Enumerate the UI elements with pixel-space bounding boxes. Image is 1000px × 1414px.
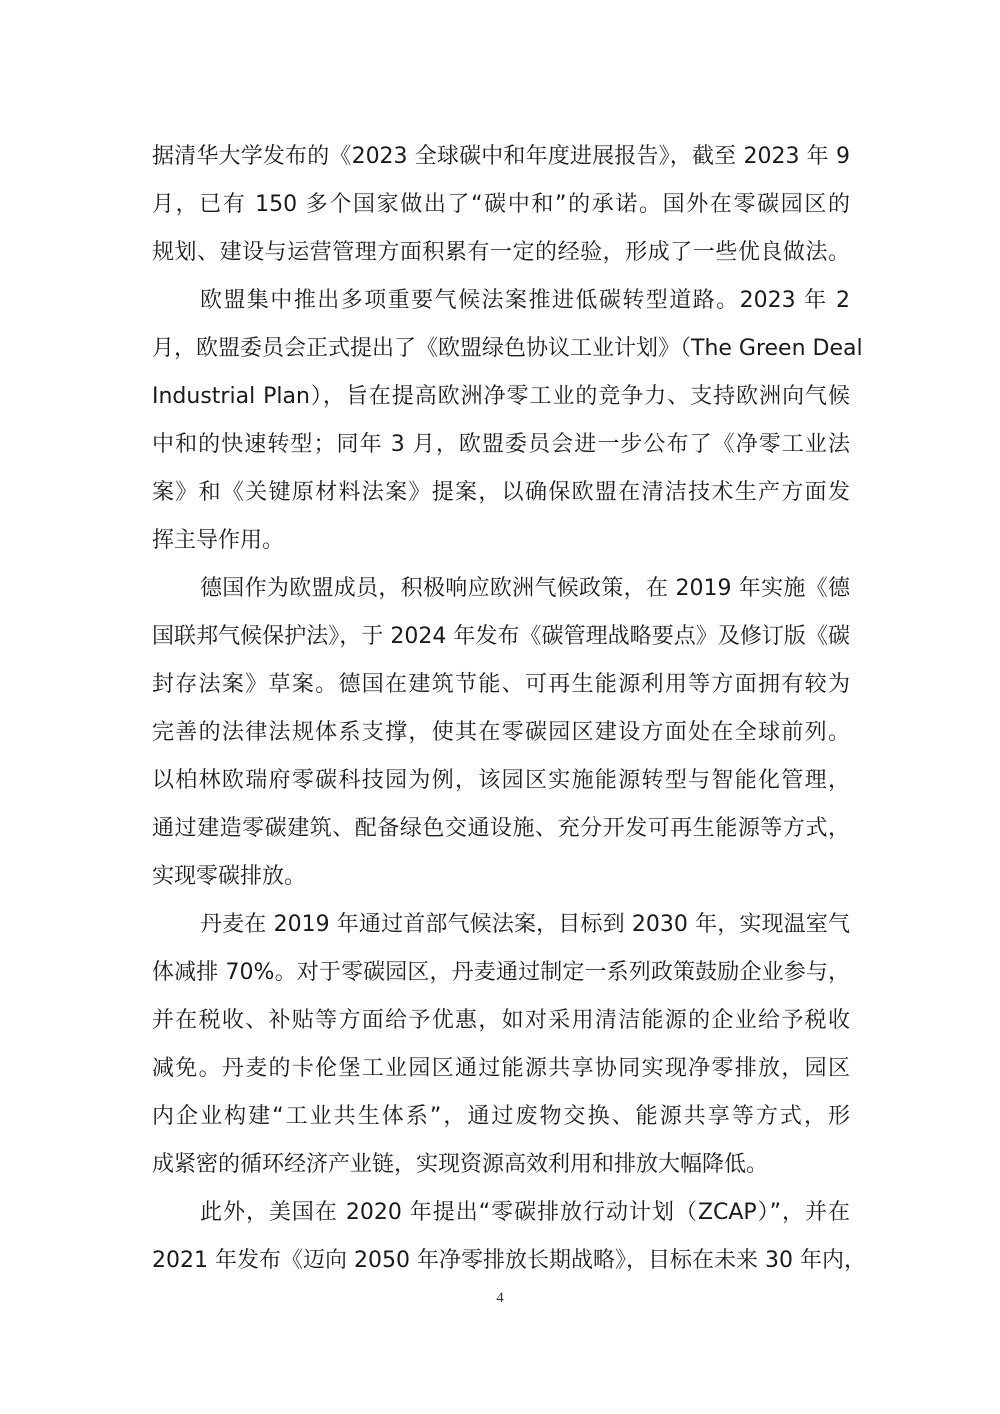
text-line: 据清华大学发布的《2023 全球碳中和年度进展报告》，截至 2023 年 9 (152, 133, 850, 181)
paragraph-eu: 欧盟集中推出多项重要气候法案推进低碳转型道路。2023 年 2 月，欧盟委员会正… (152, 277, 850, 565)
text-line: 内企业构建“工业共生体系”，通过废物交换、能源共享等方式，形 (152, 1093, 850, 1141)
page-number: 4 (0, 1290, 1000, 1307)
text-line: 成紧密的循环经济产业链，实现资源高效利用和排放大幅降低。 (152, 1141, 850, 1189)
text-line: 案》和《关键原材料法案》提案，以确保欧盟在清洁技术生产方面发 (152, 469, 850, 517)
text-line: 完善的法律法规体系支撑，使其在零碳园区建设方面处在全球前列。 (152, 709, 850, 757)
text-line: 体减排 70%。对于零碳园区，丹麦通过制定一系列政策鼓励企业参与， (152, 949, 850, 997)
text-line: 实现零碳排放。 (152, 853, 850, 901)
text-line: 封存法案》草案。德国在建筑节能、可再生能源利用等方面拥有较为 (152, 661, 850, 709)
paragraph-intro: 据清华大学发布的《2023 全球碳中和年度进展报告》，截至 2023 年 9 月… (152, 133, 850, 277)
text-line: 月，欧盟委员会正式提出了《欧盟绿色协议工业计划》（The Green Deal (152, 325, 850, 373)
text-line: 通过建造零碳建筑、配备绿色交通设施、充分开发可再生能源等方式， (152, 805, 850, 853)
text-line: 德国作为欧盟成员，积极响应欧洲气候政策，在 2019 年实施《德 (152, 565, 850, 613)
text-line: 挥主导作用。 (152, 517, 850, 565)
text-line: 此外，美国在 2020 年提出“零碳排放行动计划（ZCAP）”，并在 (152, 1189, 850, 1237)
text-line: 国联邦气候保护法》，于 2024 年发布《碳管理战略要点》及修订版《碳 (152, 613, 850, 661)
paragraph-usa: 此外，美国在 2020 年提出“零碳排放行动计划（ZCAP）”，并在 2021 … (152, 1189, 850, 1285)
text-line: 欧盟集中推出多项重要气候法案推进低碳转型道路。2023 年 2 (152, 277, 850, 325)
text-line: 丹麦在 2019 年通过首部气候法案，目标到 2030 年，实现温室气 (152, 901, 850, 949)
text-line: 月，已有 150 多个国家做出了“碳中和”的承诺。国外在零碳园区的 (152, 181, 850, 229)
text-line: 以柏林欧瑞府零碳科技园为例，该园区实施能源转型与智能化管理， (152, 757, 850, 805)
text-line: Industrial Plan），旨在提高欧洲净零工业的竞争力、支持欧洲向气候 (152, 373, 850, 421)
text-line: 中和的快速转型；同年 3 月，欧盟委员会进一步公布了《净零工业法 (152, 421, 850, 469)
text-line: 2021 年发布《迈向 2050 年净零排放长期战略》，目标在未来 30 年内， (152, 1237, 850, 1285)
text-line: 并在税收、补贴等方面给予优惠，如对采用清洁能源的企业给予税收 (152, 997, 850, 1045)
text-line: 规划、建设与运营管理方面积累有一定的经验，形成了一些优良做法。 (152, 229, 850, 277)
paragraph-denmark: 丹麦在 2019 年通过首部气候法案，目标到 2030 年，实现温室气 体减排 … (152, 901, 850, 1189)
paragraph-germany: 德国作为欧盟成员，积极响应欧洲气候政策，在 2019 年实施《德 国联邦气候保护… (152, 565, 850, 901)
text-line: 减免。丹麦的卡伦堡工业园区通过能源共享协同实现净零排放，园区 (152, 1045, 850, 1093)
document-body: 据清华大学发布的《2023 全球碳中和年度进展报告》，截至 2023 年 9 月… (152, 133, 850, 1285)
